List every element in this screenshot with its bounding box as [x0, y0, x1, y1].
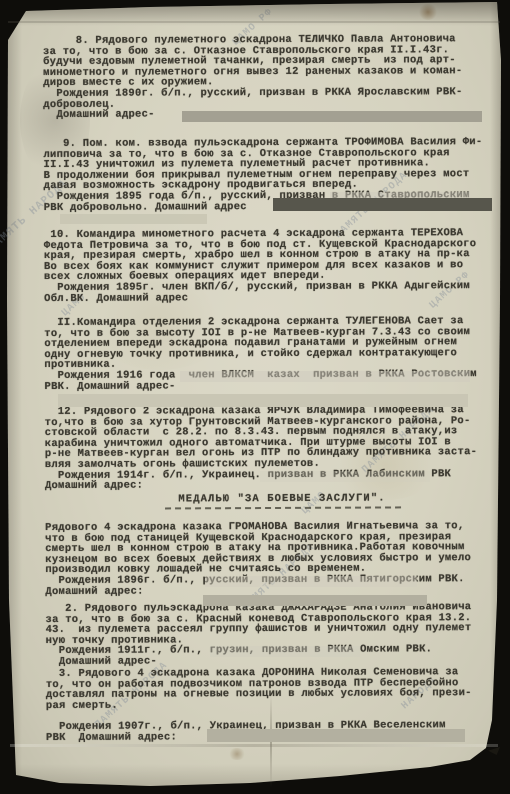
paragraph-item-9: 9. Пом. ком. взвода пульэскадрона сержан… — [43, 137, 483, 213]
paragraph-item-11: II.Командира отделения 2 эскадрона сержа… — [44, 316, 484, 392]
paragraph-item-8: 8. Рядового пулеметного эскадрона ТЕЛИЧК… — [43, 34, 483, 121]
text-line: Домашний адрес: — [45, 585, 485, 598]
text-line: Рождения 1916 года член ВЛКСМ казах приз… — [44, 369, 484, 382]
paragraph-medal-2: 2. Рядового пульэскадрона казака ДЖАХАРА… — [45, 602, 485, 667]
paragraph-medal-3: 3. Рядового 4 эскадрона казака ДОРОНИНА … — [46, 667, 486, 743]
heading-dashed-underline — [165, 498, 401, 509]
paragraph-medal-1: Рядового 4 эскадрона казака ГРОМАНОВА Ва… — [45, 521, 485, 597]
text-line: РВК добровольно. Домашний адрес — [44, 201, 484, 214]
text-line: Домашний адрес: — [45, 479, 485, 492]
text-line: Рождения 1895 года б/п., русский, призва… — [44, 190, 484, 203]
scanned-page: ЦАМО РФПАМЯТЬ НАРОДАПАМЯТЬ НАРОДАЦАМО РФ… — [0, 0, 510, 794]
typewritten-text: 8. Рядового пулеметного эскадрона ТЕЛИЧК… — [0, 0, 510, 794]
text-line: РВК. Домашний адрес- — [44, 380, 484, 393]
text-line: Рождения 1890г. б/п., русский, призван в… — [43, 87, 483, 100]
text-line: Домашний адрес- — [43, 108, 483, 121]
text-line: РВК Домашний адрес: — [46, 731, 486, 744]
text-line: Рождения 1896г. б/п., русский, призван в… — [45, 574, 485, 587]
paragraph-item-10: 10. Командира минометного расчета 4 эска… — [44, 228, 484, 304]
text-line: Рождения 1895г. член ВКП/б/, русский, пр… — [44, 281, 484, 294]
text-line: Рождения 1907г., б/п., Украинец, призван… — [46, 720, 486, 733]
paragraph-item-12: 12. Рядового 2 эскадрона казака ЯРЧУК Вл… — [45, 405, 485, 492]
text-line: Обл.ВК. Домашний адрес — [44, 292, 484, 305]
